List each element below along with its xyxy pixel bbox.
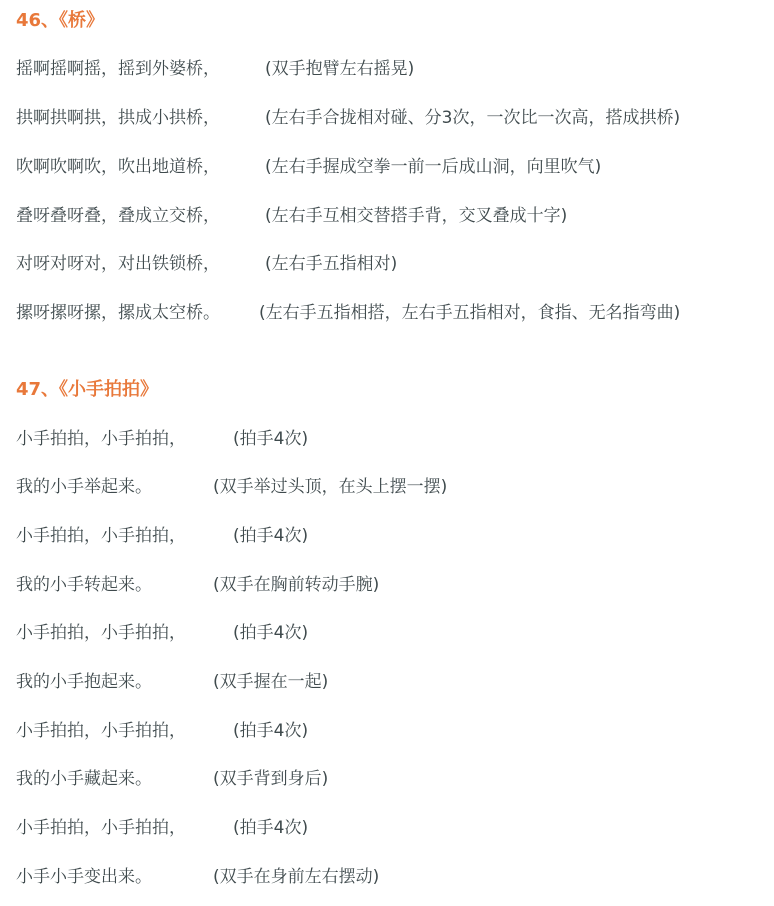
- verse-line: 吹啊吹啊吹，吹出地道桥， (左右手握成空拳一前一后成山洞，向里吹气): [16, 155, 220, 179]
- verse-line: 小手拍拍，小手拍拍， (拍手4次): [16, 524, 186, 548]
- lyric-text: 我的小手抱起来。: [16, 670, 152, 694]
- verse-line: 摇啊摇啊摇，摇到外婆桥， (双手抱臂左右摇晃): [16, 57, 220, 81]
- action-note: (左右手互相交替搭手背，交叉叠成十字): [265, 204, 567, 228]
- verse-line: 小手拍拍，小手拍拍， (拍手4次): [16, 816, 186, 840]
- lyric-text: 吹啊吹啊吹，吹出地道桥，: [16, 155, 220, 179]
- lyric-text: 小手拍拍，小手拍拍，: [16, 524, 186, 548]
- action-note: (左右手握成空拳一前一后成山洞，向里吹气): [265, 155, 601, 179]
- lyric-text: 拱啊拱啊拱，拱成小拱桥，: [16, 106, 220, 130]
- verse-line: 摞呀摞呀摞，摞成太空桥。 (左右手五指相搭，左右手五指相对，食指、无名指弯曲): [16, 301, 220, 325]
- verse-line: 叠呀叠呀叠，叠成立交桥， (左右手互相交替搭手背，交叉叠成十字): [16, 204, 220, 228]
- verse-line: 我的小手藏起来。 (双手背到身后): [16, 767, 152, 791]
- lyric-text: 摞呀摞呀摞，摞成太空桥。: [16, 301, 220, 325]
- action-note: (双手握在一起): [213, 670, 328, 694]
- verse-line: 小手拍拍，小手拍拍， (拍手4次): [16, 427, 186, 451]
- action-note: (双手在身前左右摆动): [213, 865, 379, 889]
- verse-line: 我的小手转起来。 (双手在胸前转动手腕): [16, 573, 152, 597]
- action-note: (左右手合拢相对碰、分3次，一次比一次高，搭成拱桥): [265, 106, 680, 130]
- verse-line: 我的小手抱起来。 (双手握在一起): [16, 670, 152, 694]
- lyric-text: 对呀对呀对，对出铁锁桥，: [16, 252, 220, 276]
- section-heading-46: 46、《桥》: [16, 9, 104, 33]
- lyric-text: 小手拍拍，小手拍拍，: [16, 816, 186, 840]
- document-page: 46、《桥》 摇啊摇啊摇，摇到外婆桥， (双手抱臂左右摇晃) 拱啊拱啊拱，拱成小…: [0, 0, 774, 906]
- action-note: (拍手4次): [233, 719, 308, 743]
- action-note: (双手抱臂左右摇晃): [265, 57, 414, 81]
- verse-line: 对呀对呀对，对出铁锁桥， (左右手五指相对): [16, 252, 220, 276]
- lyric-text: 小手拍拍，小手拍拍，: [16, 719, 186, 743]
- action-note: (拍手4次): [233, 524, 308, 548]
- verse-line: 小手小手变出来。 (双手在身前左右摆动): [16, 865, 152, 889]
- lyric-text: 叠呀叠呀叠，叠成立交桥，: [16, 204, 220, 228]
- verse-line: 拱啊拱啊拱，拱成小拱桥， (左右手合拢相对碰、分3次，一次比一次高，搭成拱桥): [16, 106, 220, 130]
- section-heading-47: 47、《小手拍拍》: [16, 378, 158, 402]
- action-note: (拍手4次): [233, 427, 308, 451]
- lyric-text: 我的小手举起来。: [16, 475, 152, 499]
- lyric-text: 小手拍拍，小手拍拍，: [16, 621, 186, 645]
- action-note: (左右手五指相对): [265, 252, 397, 276]
- action-note: (双手举过头顶，在头上摆一摆): [213, 475, 447, 499]
- action-note: (双手背到身后): [213, 767, 328, 791]
- verse-line: 我的小手举起来。 (双手举过头顶，在头上摆一摆): [16, 475, 152, 499]
- lyric-text: 我的小手转起来。: [16, 573, 152, 597]
- lyric-text: 小手拍拍，小手拍拍，: [16, 427, 186, 451]
- action-note: (双手在胸前转动手腕): [213, 573, 379, 597]
- lyric-text: 我的小手藏起来。: [16, 767, 152, 791]
- action-note: (拍手4次): [233, 621, 308, 645]
- lyric-text: 小手小手变出来。: [16, 865, 152, 889]
- lyric-text: 摇啊摇啊摇，摇到外婆桥，: [16, 57, 220, 81]
- verse-line: 小手拍拍，小手拍拍， (拍手4次): [16, 621, 186, 645]
- action-note: (左右手五指相搭，左右手五指相对，食指、无名指弯曲): [259, 301, 680, 325]
- action-note: (拍手4次): [233, 816, 308, 840]
- verse-line: 小手拍拍，小手拍拍， (拍手4次): [16, 719, 186, 743]
